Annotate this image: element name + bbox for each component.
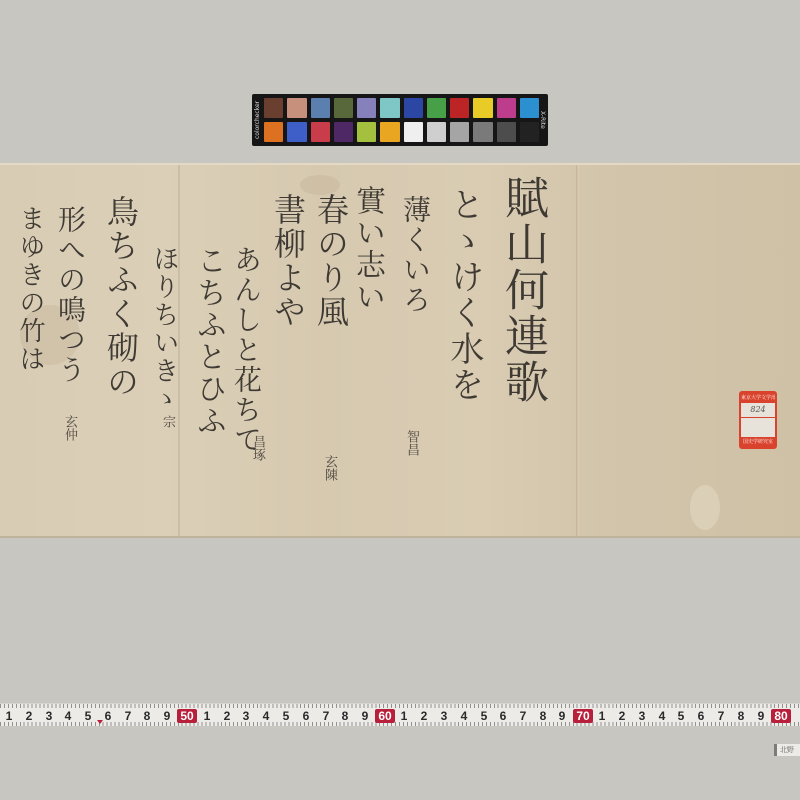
color-patch [287, 122, 306, 142]
color-patch [380, 98, 399, 118]
calligraphy-column: ほりちいきゝ [146, 245, 183, 413]
color-checker: colorchecker X-Rite [252, 94, 548, 146]
ruler-label: 1 [200, 709, 214, 723]
ruler-label: 4 [655, 709, 669, 723]
ruler-label: 2 [615, 709, 629, 723]
calligraphy-scroll: 東京大学文学部 824 国史学研究室 賦山何連歌とゝけく水を薄くいろ實い志い春の… [0, 163, 800, 538]
ruler-label: 8 [734, 709, 748, 723]
catalog-tag: 北野 [774, 744, 800, 756]
color-patch [311, 122, 330, 142]
colorchecker-brand-label: colorchecker [253, 98, 263, 142]
ruler-label: 8 [338, 709, 352, 723]
poet-name-annotation: 智昌 [402, 430, 421, 456]
calligraphy-column: とゝけく水を [440, 187, 489, 403]
color-patch [404, 98, 423, 118]
ruler-label: 3 [42, 709, 56, 723]
color-patch [357, 122, 376, 142]
color-patch [357, 98, 376, 118]
poet-name-annotation: 昌琢 [248, 435, 267, 461]
ruler-label: 2 [220, 709, 234, 723]
xrite-brand-label: X-Rite [537, 98, 547, 142]
ruler-label: 8 [536, 709, 550, 723]
ruler-label: 3 [635, 709, 649, 723]
color-patch [497, 122, 516, 142]
color-patch [334, 122, 353, 142]
ruler-major-label: 70 [573, 709, 593, 723]
ruler-label: 7 [121, 709, 135, 723]
ruler-label: 9 [358, 709, 372, 723]
color-patch [380, 122, 399, 142]
ruler-label: 1 [2, 709, 16, 723]
ruler-ticks-top [0, 704, 800, 708]
ruler-label: 1 [397, 709, 411, 723]
ruler-label: 2 [417, 709, 431, 723]
ruler-label: 7 [516, 709, 530, 723]
color-patch [427, 98, 446, 118]
ruler-label: 4 [61, 709, 75, 723]
calligraphy-column: 春のり風 [308, 193, 354, 329]
ruler-label: 4 [457, 709, 471, 723]
color-patch [287, 98, 306, 118]
calligraphy-column: まゆきの竹は [12, 205, 49, 373]
color-patch [450, 122, 469, 142]
ruler-label: 9 [555, 709, 569, 723]
ruler-label: 9 [754, 709, 768, 723]
paper-damage [690, 485, 720, 530]
color-patch [497, 98, 516, 118]
calligraphy-column: 形への鳴つう [50, 205, 90, 385]
color-patch [311, 98, 330, 118]
poet-name-annotation: 玄仲 [60, 415, 79, 441]
library-stamp: 東京大学文学部 824 国史学研究室 [739, 391, 777, 449]
ruler-major-label: 80 [771, 709, 791, 723]
poet-name-annotation: 玄陳 [320, 455, 339, 481]
ruler-major-label: 60 [375, 709, 395, 723]
calligraphy-column: 書柳よや [265, 193, 311, 329]
color-patch-grid [264, 98, 539, 142]
color-patch [404, 122, 423, 142]
color-patch [473, 122, 492, 142]
ruler-label: 5 [279, 709, 293, 723]
calligraphy-column: あんしと花ちて [226, 245, 266, 455]
color-patch [473, 98, 492, 118]
ruler-label: 4 [259, 709, 273, 723]
color-patch [450, 98, 469, 118]
calligraphy-column: 賦山何連歌 [490, 175, 554, 405]
stamp-bottom-label: 国史学研究室 [741, 437, 775, 447]
ruler-major-label: 50 [177, 709, 197, 723]
ruler-label: 2 [22, 709, 36, 723]
stamp-top-label: 東京大学文学部 [741, 393, 775, 403]
ruler-label: 6 [496, 709, 510, 723]
ruler-label: 3 [437, 709, 451, 723]
ruler-label: 7 [319, 709, 333, 723]
poet-name-annotation: 宗 [158, 415, 177, 428]
color-patch [427, 122, 446, 142]
ruler-label: 7 [714, 709, 728, 723]
calligraphy-column: 薄くいろ [395, 195, 435, 315]
ruler-label: 6 [299, 709, 313, 723]
measuring-tape: 1234567895012345678960123456789701234567… [0, 703, 800, 727]
ruler-label: 6 [101, 709, 115, 723]
color-patch [334, 98, 353, 118]
color-patch [264, 98, 283, 118]
ruler-label: 3 [239, 709, 253, 723]
calligraphy-column: 鳥ちふく砌の [98, 195, 144, 399]
calligraphy-column: こちふとひふ [186, 245, 230, 437]
ruler-label: 5 [477, 709, 491, 723]
ruler-label: 8 [140, 709, 154, 723]
color-patch [264, 122, 283, 142]
paper-stain [300, 175, 340, 195]
ruler-label: 9 [160, 709, 174, 723]
ruler-label: 5 [674, 709, 688, 723]
stamp-blank-field [741, 418, 775, 437]
ruler-label: 6 [694, 709, 708, 723]
ruler-label: 1 [595, 709, 609, 723]
stamp-number: 824 [741, 403, 775, 418]
ruler-label: 5 [81, 709, 95, 723]
paper-fold [576, 165, 579, 536]
